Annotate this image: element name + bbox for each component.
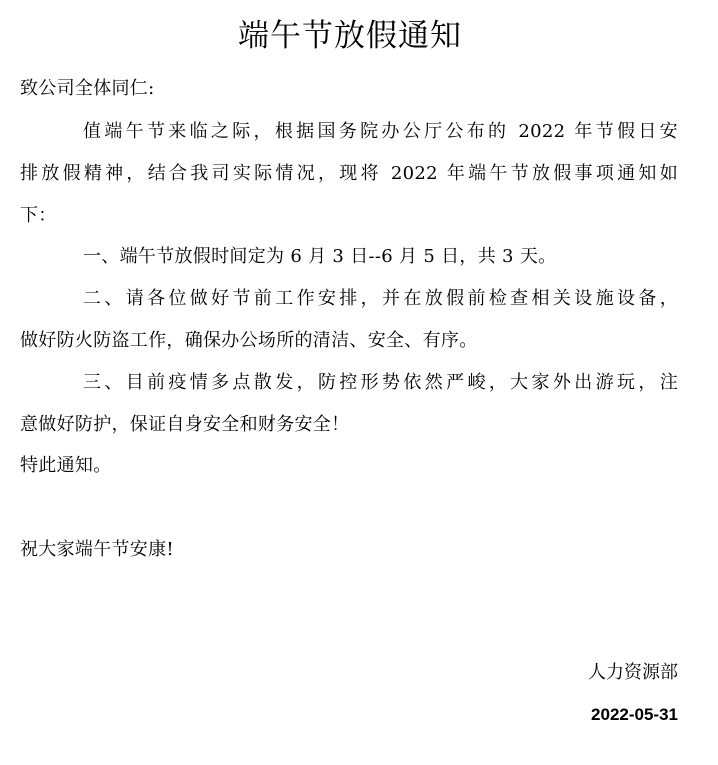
item-2-line-2: 做好防火防盗工作，确保办公场所的清洁、安全、有序。: [20, 328, 478, 354]
intro-paragraph-line-1: 值端午节来临之际，根据国务院办公厅公布的 2022 年节假日安: [83, 119, 678, 145]
item-2-line-1: 二、请各位做好节前工作安排，并在放假前检查相关设施设备，: [83, 286, 678, 312]
intro-paragraph-line-2: 排放假精神，结合我司实际情况，现将 2022 年端午节放假事项通知如: [20, 161, 678, 187]
document-title: 端午节放假通知: [0, 14, 700, 58]
salutation: 致公司全体同仁:: [20, 76, 154, 102]
item-1-holiday-dates: 一、端午节放假时间定为 6 月 3 日--6 月 5 日，共 3 天。: [83, 244, 556, 270]
intro-paragraph-line-3: 下：: [20, 203, 57, 229]
closing-statement: 特此通知。: [20, 453, 112, 479]
signature-date: 2022-05-31: [591, 702, 678, 728]
item-3-line-1: 三、目前疫情多点散发，防控形势依然严峻，大家外出游玩，注: [83, 370, 678, 396]
holiday-wish: 祝大家端午节安康!: [20, 537, 174, 563]
signature-department: 人力资源部: [588, 660, 678, 686]
item-3-line-2: 意做好防护，保证自身安全和财务安全！: [20, 412, 349, 438]
